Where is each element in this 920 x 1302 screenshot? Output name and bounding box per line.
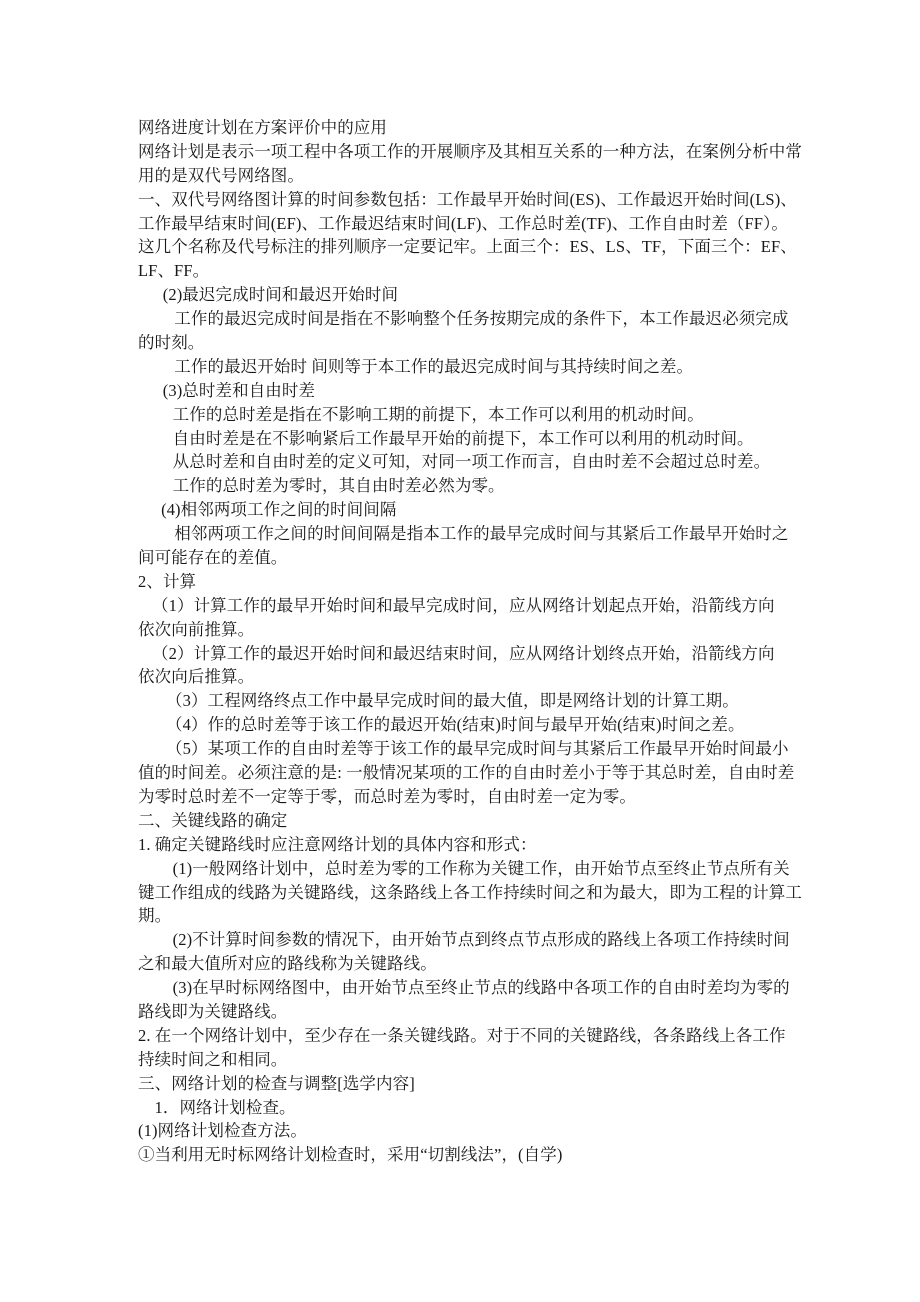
text-line: 一、双代号网络图计算的时间参数包括：工作最早开始时间(ES)、工作最迟开始时间(… [138,188,806,212]
text-line: （4）作的总时差等于该工作的最迟开始(结束)时间与最早开始(结束)时间之差。 [138,713,806,737]
text-line: 1．网络计划检查。 [138,1096,806,1120]
text-line: LF、FF。 [138,259,806,283]
text-line: （2）计算工作的最迟开始时间和最迟结束时间，应从网络计划终点开始，沿箭线方向 [138,642,806,666]
text-line: 持续时间之和相同。 [138,1048,806,1072]
text-line: (1)一般网络计划中，总时差为零的工作称为关键工作，由开始节点至终止节点所有关 [138,857,806,881]
text-line: 2、计算 [138,570,806,594]
text-line: 为零时总时差不一定等于零，而总时差为零时，自由时差一定为零。 [138,785,806,809]
text-line: 之和最大值所对应的路线称为关键路线。 [138,952,806,976]
text-line: 用的是双代号网络图。 [138,164,806,188]
text-line: 自由时差是在不影响紧后工作最早开始的前提下，本工作可以利用的机动时间。 [138,427,806,451]
text-line: 二、关键线路的确定 [138,809,806,833]
text-line: 工作的最迟完成时间是指在不影响整个任务按期完成的条件下，本工作最迟必须完成 [138,307,806,331]
document-body: 网络进度计划在方案评价中的应用网络计划是表示一项工程中各项工作的开展顺序及其相互… [138,116,806,1167]
text-line: 路线即为关键路线。 [138,1000,806,1024]
text-line: 工作的总时差为零时，其自由时差必然为零。 [138,474,806,498]
text-line: (1)网络计划检查方法。 [138,1119,806,1143]
document-page: 网络进度计划在方案评价中的应用网络计划是表示一项工程中各项工作的开展顺序及其相互… [0,0,920,1302]
text-line: 1. 确定关键路线时应注意网络计划的具体内容和形式： [138,833,806,857]
text-line: 网络计划是表示一项工程中各项工作的开展顺序及其相互关系的一种方法，在案例分析中常 [138,140,806,164]
text-line: 从总时差和自由时差的定义可知，对同一项工作而言，自由时差不会超过总时差。 [138,450,806,474]
text-line: （1）计算工作的最早开始时间和最早完成时间，应从网络计划起点开始，沿箭线方向 [138,594,806,618]
text-line: 网络进度计划在方案评价中的应用 [138,116,806,140]
text-line: 的时刻。 [138,331,806,355]
text-line: (2)最迟完成时间和最迟开始时间 [138,283,806,307]
text-line: 工作的总时差是指在不影响工期的前提下，本工作可以利用的机动时间。 [138,403,806,427]
text-line: （5）某项工作的自由时差等于该工作的最早完成时间与其紧后工作最早开始时间最小 [138,737,806,761]
text-line: 这几个名称及代号标注的排列顺序一定要记牢。上面三个：ES、LS、TF，下面三个：… [138,235,806,259]
text-line: (4)相邻两项工作之间的时间间隔 [138,498,806,522]
text-line: (3)在早时标网络图中，由开始节点至终止节点的线路中各项工作的自由时差均为零的 [138,976,806,1000]
text-line: 键工作组成的线路为关键路线，这条路线上各工作持续时间之和为最大，即为工程的计算工 [138,881,806,905]
text-line: 值的时间差。必须注意的是: 一般情况某项的工作的自由时差小于等于其总时差，自由时… [138,761,806,785]
text-line: 工作的最迟开始时 间则等于本工作的最迟完成时间与其持续时间之差。 [138,355,806,379]
text-line: 间可能存在的差值。 [138,546,806,570]
text-line: 三、网络计划的检查与调整[选学内容] [138,1072,806,1096]
text-line: （3）工程网络终点工作中最早完成时间的最大值，即是网络计划的计算工期。 [138,689,806,713]
text-line: 2. 在一个网络计划中，至少存在一条关键线路。对于不同的关键路线，各条路线上各工… [138,1024,806,1048]
text-line: 工作最早结束时间(EF)、工作最迟结束时间(LF)、工作总时差(TF)、工作自由… [138,212,806,236]
text-line: (3)总时差和自由时差 [138,379,806,403]
text-line: 期。 [138,904,806,928]
text-line: (2)不计算时间参数的情况下，由开始节点到终点节点形成的路线上各项工作持续时间 [138,928,806,952]
text-line: ①当利用无时标网络计划检查时，采用“切割线法”，(自学) [138,1143,806,1167]
text-line: 依次向前推算。 [138,618,806,642]
text-line: 相邻两项工作之间的时间间隔是指本工作的最早完成时间与其紧后工作最早开始时之 [138,522,806,546]
text-line: 依次向后推算。 [138,665,806,689]
